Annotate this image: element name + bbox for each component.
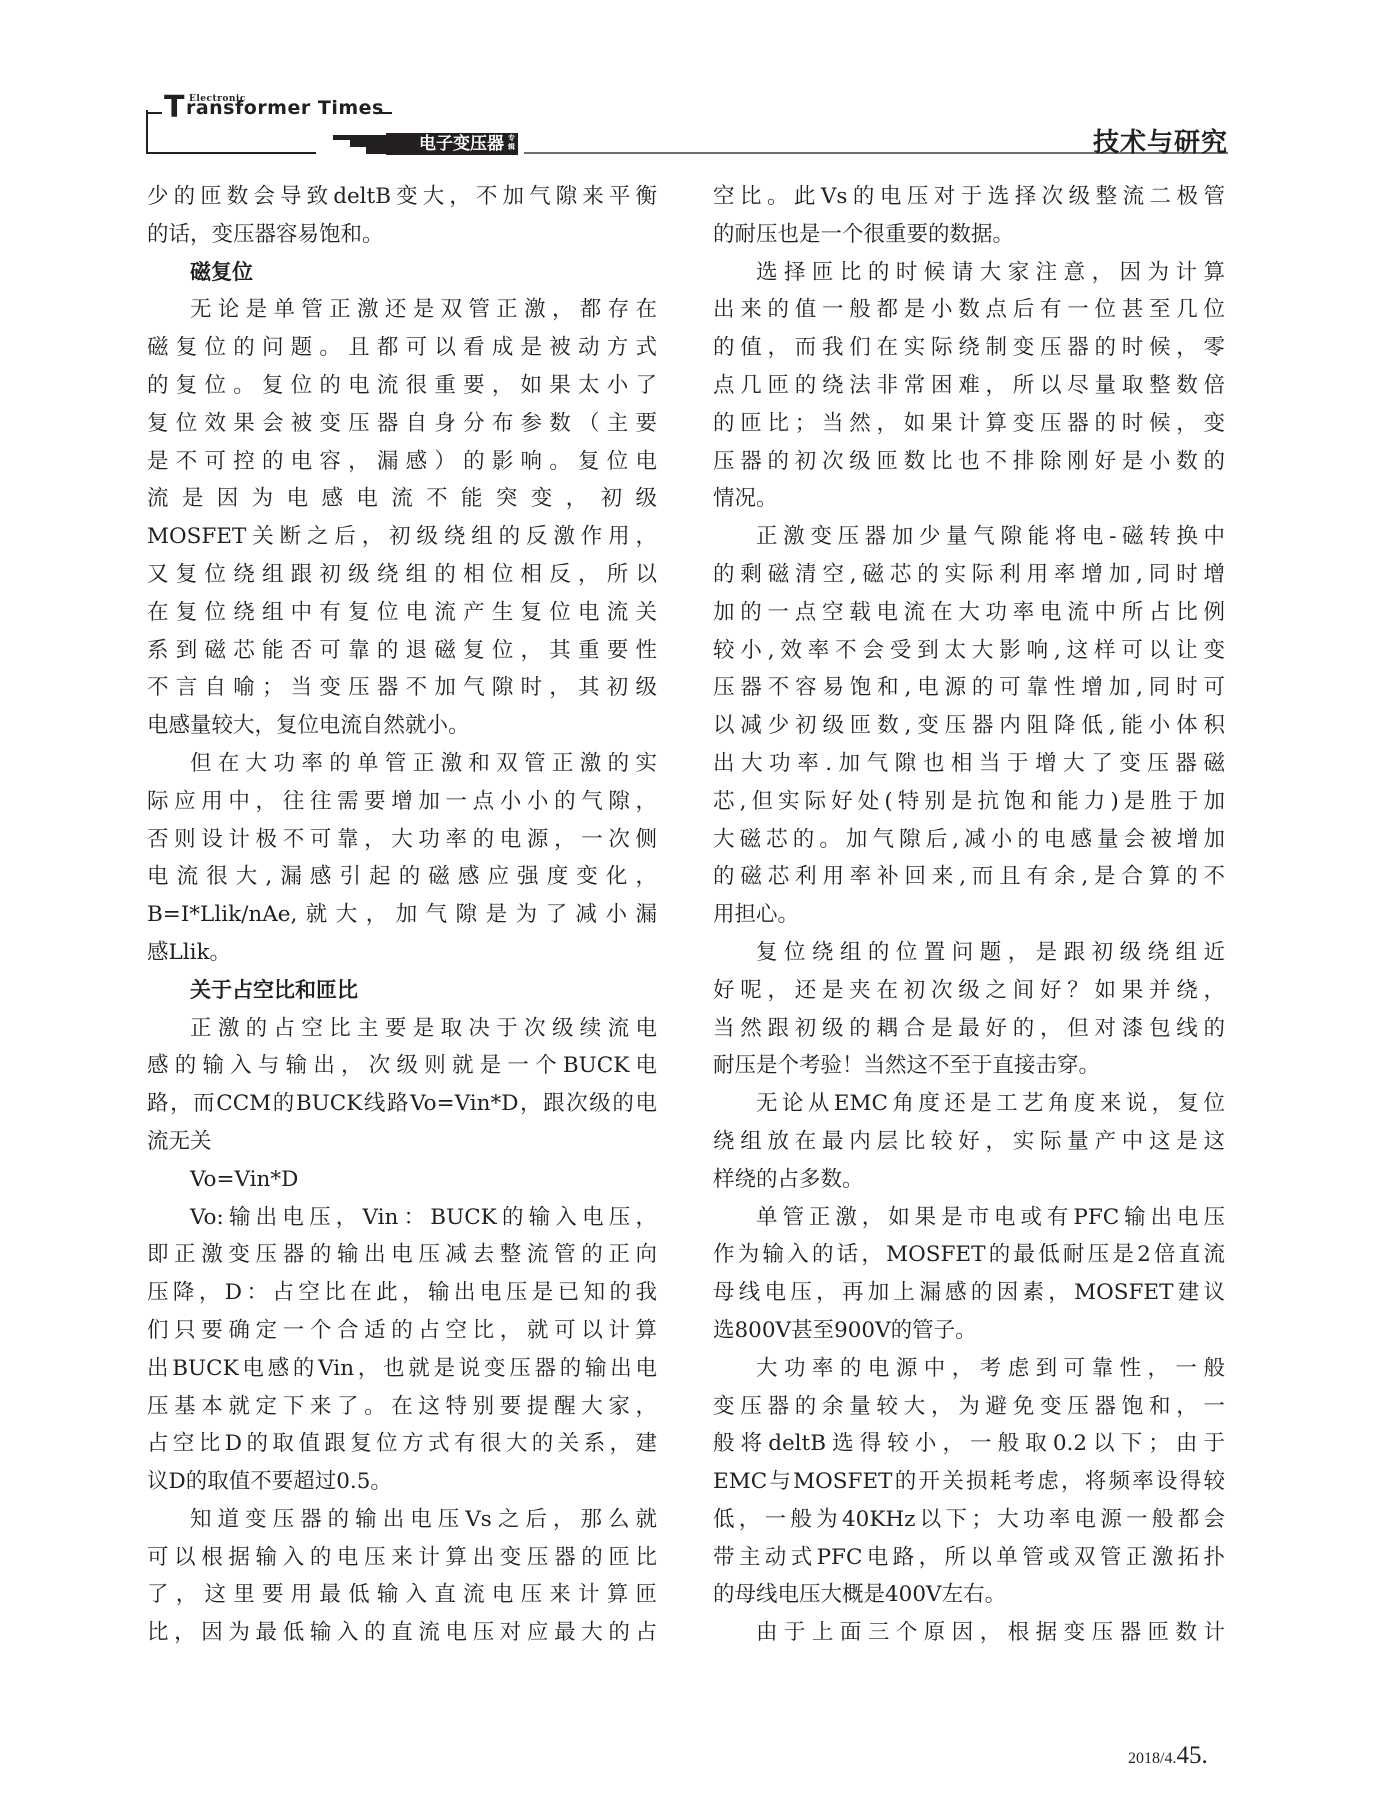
text-line: 低，一般为40KHz以下；大功率电源一般都会 <box>713 1501 1225 1539</box>
paragraph-first-line: 但在大功率的单管正激和双管正激的实 <box>147 745 657 783</box>
text-line: EMC与MOSFET的开关损耗考虑，将频率设得较 <box>713 1463 1225 1501</box>
paragraph-last-line: 用担心。 <box>713 896 1225 934</box>
paragraph-first-line: 复位绕组的位置问题，是跟初级绕组近 <box>713 934 1225 972</box>
text-line: 的磁芯利用率补回来,而且有余,是合算的不 <box>713 858 1225 896</box>
paragraph-last-line: 感Llik。 <box>147 934 657 972</box>
text-line: 作为输入的话，MOSFET的最低耐压是2倍直流 <box>713 1236 1225 1274</box>
page-number: 45. <box>1176 1742 1207 1769</box>
text-line: 压降，D：占空比在此，输出电压是已知的我 <box>147 1274 657 1312</box>
masthead-bracket-bottom <box>146 152 316 154</box>
paragraph-last-line: 电感量较大，复位电流自然就小。 <box>147 707 657 745</box>
paragraph-last-line: 流无关 <box>147 1123 657 1161</box>
text-line: 带主动式PFC电路，所以单管或双管正激拓扑 <box>713 1539 1225 1577</box>
paragraph-last-line: 选800V甚至900V的管子。 <box>713 1312 1225 1350</box>
text-line: 芯,但实际好处(特别是抗饱和能力)是胜于加 <box>713 783 1225 821</box>
paragraph-first-line: 由于上面三个原因，根据变压器匝数计 <box>713 1614 1225 1652</box>
text-line: 不言自喻；当变压器不加气隙时，其初级 <box>147 669 657 707</box>
page-folio: 2018/4.45. <box>1128 1742 1208 1770</box>
text-line: 压器不容易饱和,电源的可靠性增加,同时可 <box>713 669 1225 707</box>
section-title: 技术与研究 <box>1093 122 1228 159</box>
text-line: 出BUCK电感的Vin，也就是说变压器的输出电 <box>147 1350 657 1388</box>
text-line: 们只要确定一个合适的占空比，就可以计算 <box>147 1312 657 1350</box>
masthead-bracket-vertical <box>146 110 148 154</box>
masthead-dash <box>376 112 392 114</box>
text-line: 了，这里要用最低输入直流电压来计算匝 <box>147 1576 657 1614</box>
paragraph-first-line: Vo:输出电压，Vin：BUCK的输入电压， <box>147 1199 657 1237</box>
paragraph-last-line: 议D的取值不要超过0.5。 <box>147 1463 657 1501</box>
text-line: 以减少初级匝数,变压器内阻降低,能小体积 <box>713 707 1225 745</box>
text-line: 路，而CCM的BUCK线路Vo=Vin*D，跟次级的电 <box>147 1085 657 1123</box>
text-line: 的值，而我们在实际绕制变压器的时候，零 <box>713 329 1225 367</box>
journal-chinese-name: 电子变压器 <box>419 134 504 154</box>
text-line: B=I*Llik/nAe,就大，加气隙是为了减小漏 <box>147 896 657 934</box>
text-line: MOSFET关断之后，初级绕组的反激作用， <box>147 518 657 556</box>
paragraph-first-line: 单管正激，如果是市电或有PFC输出电压 <box>713 1199 1225 1237</box>
paragraph-last-line: 样绕的占多数。 <box>713 1161 1225 1199</box>
paragraph-first-line: 选择匝比的时候请大家注意，因为计算 <box>713 254 1225 292</box>
text-line: 点几匝的绕法非常困难，所以尽量取整数倍 <box>713 367 1225 405</box>
text-line: 变压器的余量较大，为避免变压器饱和，一 <box>713 1388 1225 1426</box>
text-line: 占空比D的取值跟复位方式有很大的关系，建 <box>147 1425 657 1463</box>
text-line: 压基本就定下来了。在这特别要提醒大家， <box>147 1388 657 1426</box>
section-heading: 磁复位 <box>147 254 657 292</box>
text-line: 否则设计极不可靠，大功率的电源，一次侧 <box>147 821 657 859</box>
text-column-left: 少的匝数会导致deltB变大，不加气隙来平衡的话，变压器容易饱和。磁复位无论是单… <box>147 178 657 1652</box>
text-line: 出大功率.加气隙也相当于增大了变压器磁 <box>713 745 1225 783</box>
text-line: 复位效果会被变压器自身分布参数（主要 <box>147 405 657 443</box>
text-line: 出来的值一般都是小数点后有一位甚至几位 <box>713 291 1225 329</box>
paragraph-first-line: 大功率的电源中，考虑到可靠性，一般 <box>713 1350 1225 1388</box>
special-edition-badge: 专辑 <box>507 134 516 152</box>
text-line: 绕组放在最内层比较好，实际量产中这是这 <box>713 1123 1225 1161</box>
text-line: 电流很大,漏感引起的磁感应强度变化， <box>147 858 657 896</box>
section-heading: 关于占空比和匝比 <box>147 972 657 1010</box>
text-line: 空比。此Vs的电压对于选择次级整流二极管 <box>713 178 1225 216</box>
text-line: 少的匝数会导致deltB变大，不加气隙来平衡 <box>147 178 657 216</box>
text-line: 流是因为电感电流不能突变，初级 <box>147 480 657 518</box>
text-line: 的匝比；当然，如果计算变压器的时候，变 <box>713 405 1225 443</box>
text-line: 压器的初次级匝数比也不排除刚好是小数的 <box>713 443 1225 481</box>
paragraph-last-line: 的耐压也是一个很重要的数据。 <box>713 216 1225 254</box>
text-line: 当然跟初级的耦合是最好的，但对漆包线的 <box>713 1010 1225 1048</box>
text-line: 又复位绕组跟初级绕组的相位相反，所以 <box>147 556 657 594</box>
paragraph-last-line: 的话，变压器容易饱和。 <box>147 216 657 254</box>
paragraph-last-line: 情况。 <box>713 480 1225 518</box>
text-line: 系到磁芯能否可靠的退磁复位，其重要性 <box>147 632 657 670</box>
paragraph-first-line: 知道变压器的输出电压Vs之后，那么就 <box>147 1501 657 1539</box>
text-line: 较小,效率不会受到太大影响,这样可以让变 <box>713 632 1225 670</box>
journal-title: Transformer Times <box>164 93 384 123</box>
text-line: 是不可控的电容，漏感）的影响。复位电 <box>147 443 657 481</box>
paragraph-last-line: 的母线电压大概是400V左右。 <box>713 1576 1225 1614</box>
text-line: 加的一点空载电流在大功率电流中所占比例 <box>713 594 1225 632</box>
text-line: 大磁芯的。加气隙后,减小的电感量会被增加 <box>713 821 1225 859</box>
text-line: 即正激变压器的输出电压减去整流管的正向 <box>147 1236 657 1274</box>
text-line: 的复位。复位的电流很重要，如果太小了 <box>147 367 657 405</box>
masthead: Electronic Transformer Times 电子变压器 专辑 技术… <box>0 0 1380 160</box>
text-line: 磁复位的问题。且都可以看成是被动方式 <box>147 329 657 367</box>
text-line: 际应用中，往往需要增加一点小小的气隙， <box>147 783 657 821</box>
journal-chinese-name-block: 电子变压器 专辑 <box>386 133 518 155</box>
text-line: 感的输入与输出，次级则就是一个BUCK电 <box>147 1047 657 1085</box>
formula-line: Vo=Vin*D <box>147 1161 657 1199</box>
text-line: 母线电压，再加上漏感的因素，MOSFET建议 <box>713 1274 1225 1312</box>
issue-date: 2018/4. <box>1128 1750 1176 1767</box>
paragraph-first-line: 正激的占空比主要是取决于次级续流电 <box>147 1010 657 1048</box>
text-column-right: 空比。此Vs的电压对于选择次级整流二极管的耐压也是一个很重要的数据。选择匝比的时… <box>713 178 1225 1652</box>
text-line: 比，因为最低输入的直流电压对应最大的占 <box>147 1614 657 1652</box>
journal-title-rest: ransformer Times <box>186 97 384 119</box>
text-line: 好呢，还是夹在初次级之间好？如果并绕， <box>713 972 1225 1010</box>
text-line: 在复位绕组中有复位电流产生复位电流关 <box>147 594 657 632</box>
text-line: 的剩磁清空,磁芯的实际利用率增加,同时增 <box>713 556 1225 594</box>
paragraph-first-line: 无论是单管正激还是双管正激，都存在 <box>147 291 657 329</box>
masthead-bracket-top <box>146 112 162 114</box>
paragraph-last-line: 耐压是个考验！当然这不至于直接击穿。 <box>713 1047 1225 1085</box>
text-line: 般将deltB选得较小，一般取0.2以下；由于 <box>713 1425 1225 1463</box>
paragraph-first-line: 无论从EMC角度还是工艺角度来说，复位 <box>713 1085 1225 1123</box>
journal-title-initial: T <box>164 90 185 125</box>
paragraph-first-line: 正激变压器加少量气隙能将电-磁转换中 <box>713 518 1225 556</box>
text-line: 可以根据输入的电压来计算出变压器的匝比 <box>147 1539 657 1577</box>
